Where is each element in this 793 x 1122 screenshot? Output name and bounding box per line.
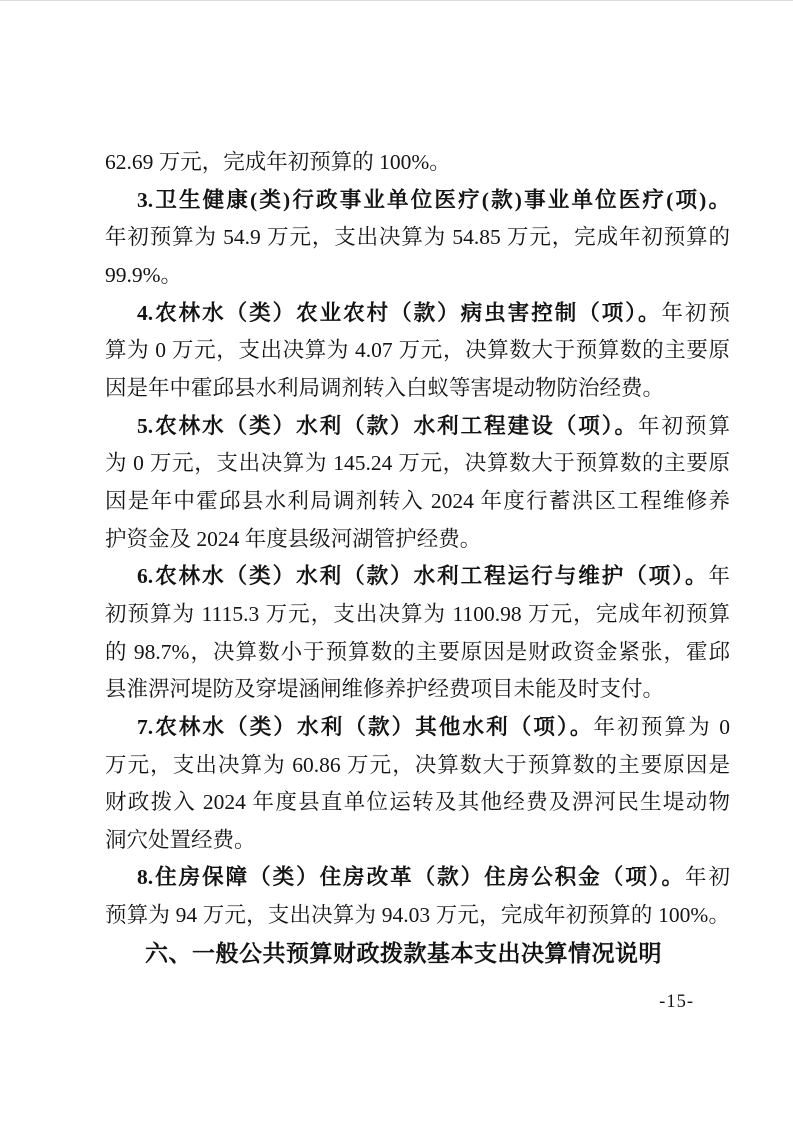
text-line: 预算为 94 万元，支出决算为 94.03 万元，完成年初预算的 100%。 <box>105 897 730 935</box>
text-line: 6.农林水（类）水利（款）水利工程运行与维护（项）。年 <box>105 558 730 596</box>
paragraph-text: 年初预算为 54.9 万元，支出决算为 54.85 万元，完成年初预算的 <box>105 225 730 249</box>
section-heading: 六、一般公共预算财政拨款基本支出决算情况说明 <box>105 935 730 973</box>
paragraph-text: 洞穴处置经费。 <box>105 828 256 852</box>
text-line: 年初预算为 54.9 万元，支出决算为 54.85 万元，完成年初预算的 <box>105 219 730 257</box>
paragraph-bold-lead: 3.卫生健康(类)行政事业单位医疗(款)事业单位医疗(项)。 <box>137 188 730 212</box>
paragraph-bold-lead: 4.农林水（类）农业农村（款）病虫害控制（项）。 <box>137 301 661 325</box>
paragraph-bold-lead: 8.住房保障（类）住房改革（款）住房公积金（项）。 <box>137 865 685 889</box>
paragraph-text: 护资金及 2024 年度县级河湖管护经费。 <box>105 527 481 551</box>
paragraph-text: 年初 <box>685 865 730 889</box>
text-line: 5.农林水（类）水利（款）水利工程建设（项）。年初预算 <box>105 408 730 446</box>
paragraph-text: 因是年中霍邱县水利局调剂转入 2024 年度行蓄洪区工程维修养 <box>105 489 730 513</box>
paragraph-text: 初预算为 1115.3 万元，支出决算为 1100.98 万元，完成年初预算 <box>105 602 730 626</box>
text-line: 因是年中霍邱县水利局调剂转入 2024 年度行蓄洪区工程维修养 <box>105 483 730 521</box>
document-body: 62.69 万元，完成年初预算的 100%。3.卫生健康(类)行政事业单位医疗(… <box>105 144 730 972</box>
paragraph-bold-lead: 5.农林水（类）水利（款）水利工程建设（项）。 <box>137 414 638 438</box>
text-line: 的 98.7%，决算数小于预算数的主要原因是财政资金紧张，霍邱 <box>105 634 730 672</box>
page-number: -15- <box>659 992 694 1013</box>
paragraph-text: 年初预算 <box>638 414 730 438</box>
text-line: 万元，支出决算为 60.86 万元，决算数大于预算数的主要原因是 <box>105 747 730 785</box>
paragraph-text: 年初预算为 0 <box>594 715 730 739</box>
text-line: 因是年中霍邱县水利局调剂转入白蚁等害堤动物防治经费。 <box>105 370 730 408</box>
text-line: 县淮淠河堤防及穿堤涵闸维修养护经费项目未能及时支付。 <box>105 671 730 709</box>
paragraph-text: 财政拨入 2024 年度县直单位运转及其他经费及淠河民生堤动物 <box>105 790 730 814</box>
paragraph-text: 的 98.7%，决算数小于预算数的主要原因是财政资金紧张，霍邱 <box>105 640 730 664</box>
text-line: 4.农林水（类）农业农村（款）病虫害控制（项）。年初预 <box>105 295 730 333</box>
paragraph-text: 万元，支出决算为 60.86 万元，决算数大于预算数的主要原因是 <box>105 753 730 777</box>
paragraph-bold-lead: 7.农林水（类）水利（款）其他水利（项）。 <box>137 715 594 739</box>
paragraph-bold-lead: 6.农林水（类）水利（款）水利工程运行与维护（项）。 <box>137 564 708 588</box>
text-line: 初预算为 1115.3 万元，支出决算为 1100.98 万元，完成年初预算 <box>105 596 730 634</box>
paragraph-text: 预算为 94 万元，支出决算为 94.03 万元，完成年初预算的 100%。 <box>105 903 730 927</box>
text-line: 99.9%。 <box>105 257 730 295</box>
text-line: 为 0 万元，支出决算为 145.24 万元，决算数大于预算数的主要原 <box>105 445 730 483</box>
document-page: 62.69 万元，完成年初预算的 100%。3.卫生健康(类)行政事业单位医疗(… <box>0 0 793 1122</box>
text-line: 财政拨入 2024 年度县直单位运转及其他经费及淠河民生堤动物 <box>105 784 730 822</box>
paragraph-text: 年 <box>708 564 730 588</box>
text-line: 算为 0 万元，支出决算为 4.07 万元，决算数大于预算数的主要原 <box>105 332 730 370</box>
paragraph-text: 为 0 万元，支出决算为 145.24 万元，决算数大于预算数的主要原 <box>105 451 730 475</box>
paragraph-text: 年初预 <box>661 301 730 325</box>
paragraph-text: 62.69 万元，完成年初预算的 100%。 <box>105 150 451 174</box>
text-line: 7.农林水（类）水利（款）其他水利（项）。年初预算为 0 <box>105 709 730 747</box>
paragraph-bold-lead: 六、一般公共预算财政拨款基本支出决算情况说明 <box>145 940 662 966</box>
text-line: 8.住房保障（类）住房改革（款）住房公积金（项）。年初 <box>105 859 730 897</box>
text-line: 护资金及 2024 年度县级河湖管护经费。 <box>105 521 730 559</box>
text-line: 3.卫生健康(类)行政事业单位医疗(款)事业单位医疗(项)。 <box>105 182 730 220</box>
text-line: 洞穴处置经费。 <box>105 822 730 860</box>
paragraph-text: 县淮淠河堤防及穿堤涵闸维修养护经费项目未能及时支付。 <box>105 677 664 701</box>
text-line: 62.69 万元，完成年初预算的 100%。 <box>105 144 730 182</box>
paragraph-text: 因是年中霍邱县水利局调剂转入白蚁等害堤动物防治经费。 <box>105 376 664 400</box>
paragraph-text: 算为 0 万元，支出决算为 4.07 万元，决算数大于预算数的主要原 <box>105 338 730 362</box>
paragraph-text: 99.9%。 <box>105 263 182 287</box>
